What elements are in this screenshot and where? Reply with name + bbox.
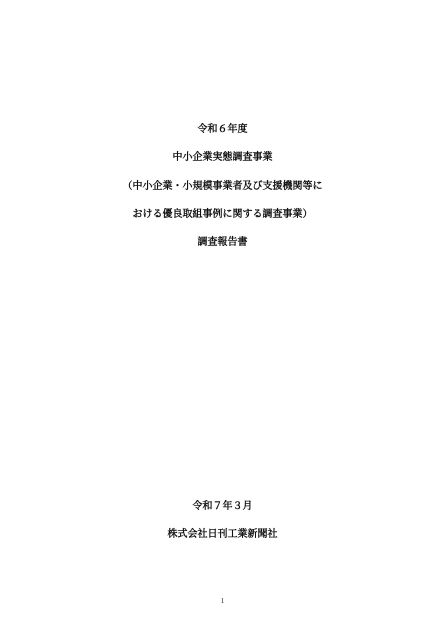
report-title: 調査報告書 (0, 237, 445, 249)
page-number: 1 (0, 597, 445, 606)
project-name: 中小企業実態調査事業 (0, 152, 445, 164)
fiscal-year: 令和６年度 (0, 124, 445, 136)
publication-date: 令和７年３月 (0, 501, 445, 513)
publisher-name: 株式会社日刊工業新聞社 (0, 529, 445, 541)
project-subtitle-line-1: （中小企業・小規模事業者及び支援機関等に (0, 181, 445, 193)
document-page: 令和６年度 中小企業実態調査事業 （中小企業・小規模事業者及び支援機関等に おけ… (0, 0, 445, 630)
project-subtitle-line-2: おける優良取組事例に関する調査事業） (0, 209, 445, 221)
